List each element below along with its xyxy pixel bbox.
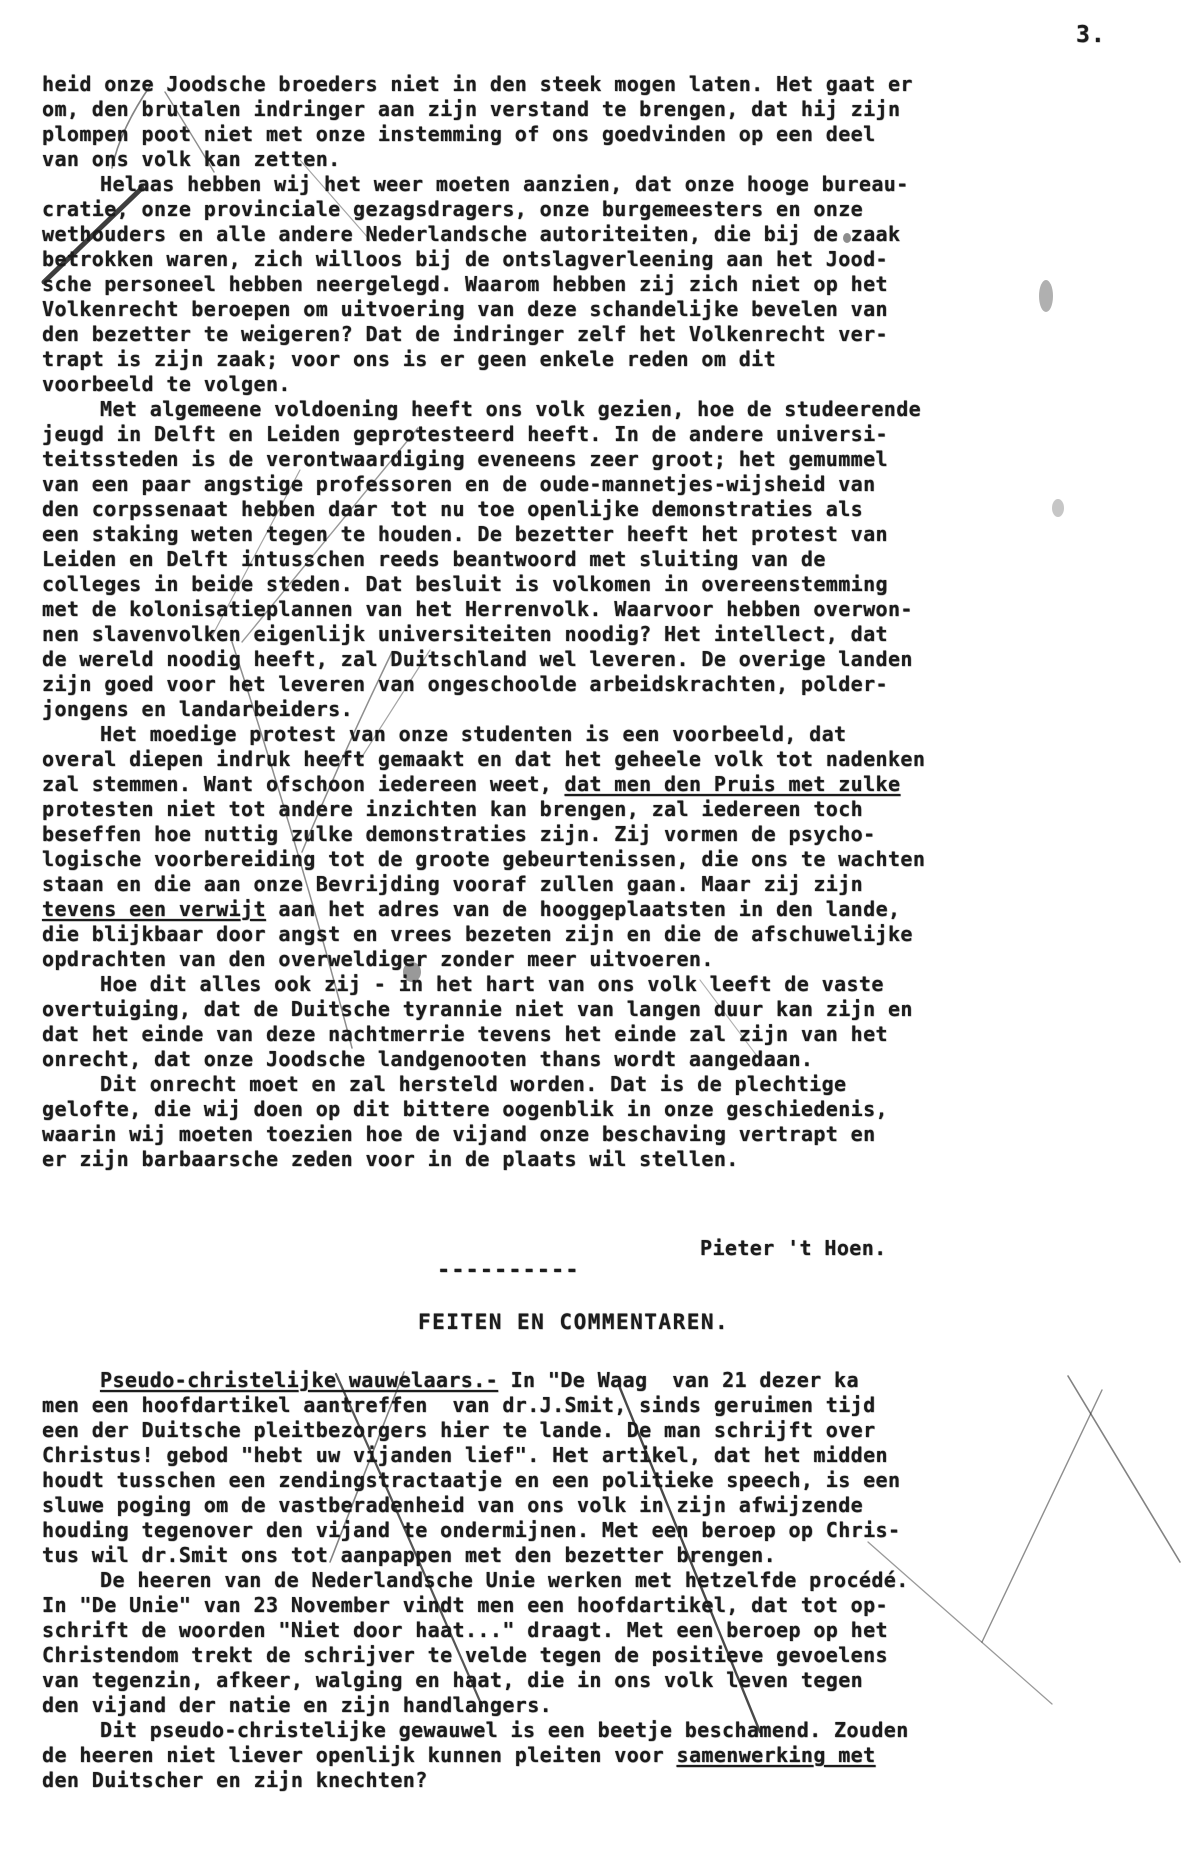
text-line: tus wil dr.Smit ons tot aanpappen met de…: [42, 1543, 909, 1568]
text-line: logische voorbereiding tot de groote geb…: [42, 847, 925, 872]
text-line: waarin wij moeten toezien hoe de vijand …: [42, 1122, 925, 1147]
paragraph: Het moedige protest van onze studenten i…: [42, 722, 925, 972]
text-line: Pseudo-christelijke wauwelaars.- In "De …: [42, 1368, 909, 1393]
text-line: staan en die aan onze Bevrijding vooraf …: [42, 872, 925, 897]
text-line: gelofte, die wij doen op dit bittere oog…: [42, 1097, 925, 1122]
text-line: beseffen hoe nuttig zulke demonstraties …: [42, 822, 925, 847]
text-line: de wereld noodig heeft, zal Duitschland …: [42, 647, 925, 672]
text-line: De heeren van de Nederlandsche Unie werk…: [42, 1568, 909, 1593]
text-line: Dit pseudo-christelijke gewauwel is een …: [42, 1718, 909, 1743]
text-line: jeugd in Delft en Leiden geprotesteerd h…: [42, 422, 925, 447]
paragraph: De heeren van de Nederlandsche Unie werk…: [42, 1568, 909, 1718]
text-line: die blijkbaar door angst en vrees bezete…: [42, 922, 925, 947]
text-line: van tegenzin, afkeer, walging en haat, d…: [42, 1668, 909, 1693]
text-line: men een hoofdartikel aantreffen van dr.J…: [42, 1393, 909, 1418]
text-line: de heeren niet liever openlijk kunnen pl…: [42, 1743, 909, 1768]
text-line: den corpssenaat hebben daar tot nu toe o…: [42, 497, 925, 522]
text-line: een der Duitsche pleitbezorgers hier te …: [42, 1418, 909, 1443]
text-line: Leiden en Delft intusschen reeds beantwo…: [42, 547, 925, 572]
text-line: betrokken waren, zich willoos bij de ont…: [42, 247, 925, 272]
page-number: 3.: [1076, 22, 1106, 48]
text-line: Helaas hebben wij het weer moeten aanzie…: [42, 172, 925, 197]
text-line: voorbeeld te volgen.: [42, 372, 925, 397]
text-segment: In "De Waag van 21 dezer ka: [498, 1368, 859, 1392]
text-line: Het moedige protest van onze studenten i…: [42, 722, 925, 747]
text-line: cratie, onze provinciale gezagsdragers, …: [42, 197, 925, 222]
author-signature: Pieter 't Hoen.: [700, 1236, 887, 1260]
text-line: houding tegenover den vijand te ondermij…: [42, 1518, 909, 1543]
text-line: Christus! gebod "hebt uw vijanden lief".…: [42, 1443, 909, 1468]
text-line: sche personeel hebben neergelegd. Waarom…: [42, 272, 925, 297]
text-line: den vijand der natie en zijn handlangers…: [42, 1693, 909, 1718]
section2-body: Pseudo-christelijke wauwelaars.- In "De …: [42, 1368, 909, 1793]
underlined-phrase: Pseudo-christelijke wauwelaars.-: [100, 1368, 498, 1392]
text-line: jongens en landarbeiders.: [42, 697, 925, 722]
text-line: colleges in beide steden. Dat besluit is…: [42, 572, 925, 597]
scanned-document-page: { "page": { "number": "3.", "background"…: [0, 0, 1200, 1851]
text-line: In "De Unie" van 23 November vindt men e…: [42, 1593, 909, 1618]
text-line: er zijn barbaarsche zeden voor in de pla…: [42, 1147, 925, 1172]
text-line: teitssteden is de verontwaardiging evene…: [42, 447, 925, 472]
text-line: om, den brutalen indringer aan zijn vers…: [42, 97, 925, 122]
paragraph: Met algemeene voldoening heeft ons volk …: [42, 397, 925, 722]
text-line: tevens een verwijt aan het adres van de …: [42, 897, 925, 922]
text-line: onrecht, dat onze Joodsche landgenooten …: [42, 1047, 925, 1072]
text-line: een staking weten tegen te houden. De be…: [42, 522, 925, 547]
text-line: protesten niet tot andere inzichten kan …: [42, 797, 925, 822]
text-line: schrift de woorden "Niet door haat..." d…: [42, 1618, 909, 1643]
text-line: met de kolonisatieplannen van het Herren…: [42, 597, 925, 622]
text-line: wethouders en alle andere Nederlandsche …: [42, 222, 925, 247]
text-line: Volkenrecht beroepen om uitvoering van d…: [42, 297, 925, 322]
text-line: den bezetter te weigeren? Dat de indring…: [42, 322, 925, 347]
underlined-phrase: dat men den Pruis met zulke: [565, 772, 901, 796]
text-line: van een paar angstige professoren en de …: [42, 472, 925, 497]
text-line: trapt is zijn zaak; voor ons is er geen …: [42, 347, 925, 372]
text-line: houdt tusschen een zendingstractaatje en…: [42, 1468, 909, 1493]
text-segment: aan het adres van de hooggeplaatsten in …: [266, 897, 901, 921]
text-line: heid onze Joodsche broeders niet in den …: [42, 72, 925, 97]
section-heading: FEITEN EN COMMENTAREN.: [418, 1310, 729, 1334]
text-line: nen slavenvolken eigenlijk universiteite…: [42, 622, 925, 647]
text-line: sluwe poging om de vastberadenheid van o…: [42, 1493, 909, 1518]
text-line: Christendom trekt de schrijver te velde …: [42, 1643, 909, 1668]
section-divider: ----------: [437, 1258, 579, 1283]
underlined-phrase: samenwerking met: [677, 1743, 876, 1767]
paragraph: Hoe dit alles ook zij - in het hart van …: [42, 972, 925, 1072]
text-line: den Duitscher en zijn knechten?: [42, 1768, 909, 1793]
paragraph: Pseudo-christelijke wauwelaars.- In "De …: [42, 1368, 909, 1568]
text-segment: zal stemmen. Want ofschoon iedereen weet…: [42, 772, 565, 796]
paragraph: heid onze Joodsche broeders niet in den …: [42, 72, 925, 172]
underlined-phrase: tevens een verwijt: [42, 897, 266, 921]
text-line: opdrachten van den overweldiger zonder m…: [42, 947, 925, 972]
text-line: overtuiging, dat de Duitsche tyrannie ni…: [42, 997, 925, 1022]
text-line: Dit onrecht moet en zal hersteld worden.…: [42, 1072, 925, 1097]
paragraph: Dit pseudo-christelijke gewauwel is een …: [42, 1718, 909, 1793]
paragraph: Dit onrecht moet en zal hersteld worden.…: [42, 1072, 925, 1172]
text-line: Met algemeene voldoening heeft ons volk …: [42, 397, 925, 422]
text-segment: de heeren niet liever openlijk kunnen pl…: [42, 1743, 677, 1767]
text-line: Hoe dit alles ook zij - in het hart van …: [42, 972, 925, 997]
text-line: zal stemmen. Want ofschoon iedereen weet…: [42, 772, 925, 797]
article-body: heid onze Joodsche broeders niet in den …: [42, 72, 925, 1172]
text-line: van ons volk kan zetten.: [42, 147, 925, 172]
text-line: zijn goed voor het leveren van ongeschoo…: [42, 672, 925, 697]
text-line: plompen poot niet met onze instemming of…: [42, 122, 925, 147]
text-line: overal diepen indruk heeft gemaakt en da…: [42, 747, 925, 772]
text-line: dat het einde van deze nachtmerrie teven…: [42, 1022, 925, 1047]
paragraph: Helaas hebben wij het weer moeten aanzie…: [42, 172, 925, 397]
